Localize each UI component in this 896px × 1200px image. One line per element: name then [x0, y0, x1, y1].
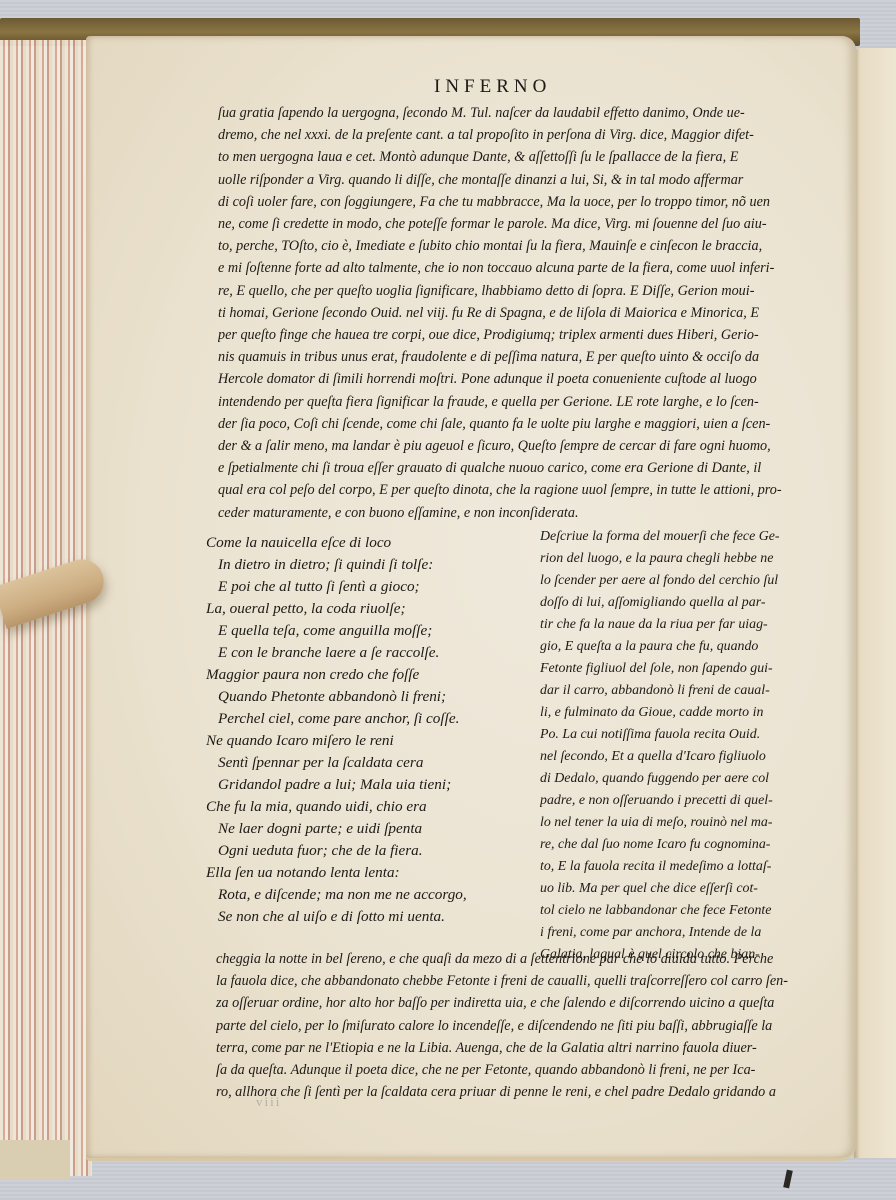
- running-head: INFERNO: [434, 76, 551, 98]
- text-line: la fauola dice, che abbandonato chebbe F…: [216, 970, 846, 992]
- text-line: terra, come par ne l'Etiopia e ne la Lib…: [216, 1037, 846, 1059]
- text-line: qual era col peſo del corpo, E per queſt…: [218, 479, 842, 501]
- signature-mark: viii: [256, 1094, 281, 1110]
- book-page: INFERNO ſua gratia ſapendo la uergogna, …: [86, 36, 856, 1161]
- page-content: INFERNO ſua gratia ſapendo la uergogna, …: [86, 36, 856, 1158]
- gloss-line: dar il carro, abbandonò li freni de caua…: [540, 680, 852, 702]
- commentary-bottom: cheggia la notte in bel ſereno, e che qu…: [216, 948, 846, 1103]
- text-line: re, E quello, che per queſto uoglia ſign…: [218, 280, 842, 302]
- verse-line: Sentì ſpennar per la ſcaldata cera: [206, 752, 536, 774]
- text-line: Hercole domator di ſimili horrendi moſtr…: [218, 368, 842, 390]
- gloss-line: Deſcriue la forma del mouerſi che fece G…: [540, 526, 852, 548]
- text-line: to men uergogna laua e cet. Montò adunqu…: [218, 146, 842, 168]
- verse-line: Gridandol padre a lui; Mala uia tieni;: [206, 774, 536, 796]
- verse-line: Perchel ciel, come pare anchor, ſi coſſe…: [206, 708, 536, 730]
- text-line: uolle riſponder a Virg. quando li diſſe,…: [218, 169, 842, 191]
- verse-line: Rota, e diſcende; ma non me ne accorgo,: [206, 884, 536, 906]
- verse-line: Maggior paura non credo che foſſe: [206, 664, 536, 686]
- text-line: za oſſeruar ordine, hor alto hor baſſo p…: [216, 992, 846, 1014]
- text-line: ro, allhora che ſi ſentì per la ſcaldata…: [216, 1081, 846, 1103]
- text-line: e ſpetialmente chi ſi troua eſſer grauat…: [218, 457, 842, 479]
- facing-page-edge: [854, 48, 896, 1158]
- text-line: ſa da queſta. Adunque il poeta dice, che…: [216, 1059, 846, 1081]
- gloss-line: Fetonte figliuol del ſole, non ſapendo g…: [540, 658, 852, 680]
- gloss-line: to, E la fauola recita il medeſimo a lot…: [540, 856, 852, 878]
- verse-line: Come la nauicella eſce di loco: [206, 532, 536, 554]
- text-line: ceder maturamente, e con buono eſſamine,…: [218, 502, 842, 524]
- text-line: to, perche, TOſto, cio è, Imediate e ſub…: [218, 235, 842, 257]
- gloss-line: Po. La cui notiſſima fauola recita Ouid.: [540, 724, 852, 746]
- gloss-line: nel ſecondo, Et a quella d'Icaro figliuo…: [540, 746, 852, 768]
- verse-line: E poi che al tutto ſi ſentì a gioco;: [206, 576, 536, 598]
- text-line: ti homai, Gerione ſecondo Ouid. nel viij…: [218, 302, 842, 324]
- text-line: intendendo per queſta fiera ſignificar l…: [218, 391, 842, 413]
- book-lower-edge: [0, 1140, 70, 1180]
- verse-line: Ne quando Icaro miſero le reni: [206, 730, 536, 752]
- text-line: cheggia la notte in bel ſereno, e che qu…: [216, 948, 846, 970]
- verse-line: Che fu la mia, quando uidi, chio era: [206, 796, 536, 818]
- text-line: nis quamuis in tribus unus erat, fraudol…: [218, 346, 842, 368]
- verse-line: Ogni ueduta fuor; che de la fiera.: [206, 840, 536, 862]
- text-line: ne, come ſi credette in modo, che poteſſ…: [218, 213, 842, 235]
- gloss-line: lo ſcender per aere al fondo del cerchio…: [540, 570, 852, 592]
- verse-line: E quella teſa, come anguilla moſſe;: [206, 620, 536, 642]
- text-line: di coſi uoler fare, con ſoggiungere, Fa …: [218, 191, 842, 213]
- text-line: parte del cielo, per lo ſmiſurato calore…: [216, 1015, 846, 1037]
- gloss-line: uo lib. Ma per quel che dice eſſerſi cot…: [540, 878, 852, 900]
- gloss-line: li, e fulminato da Gioue, cadde morto in: [540, 702, 852, 724]
- gloss-column: Deſcriue la forma del mouerſi che fece G…: [540, 526, 852, 966]
- gloss-line: padre, e non oſſeruando i precetti di qu…: [540, 790, 852, 812]
- text-line: der & a ſalir meno, ma landar è piu ageu…: [218, 435, 842, 457]
- verse-line: In dietro in dietro; ſi quindi ſi tolſe:: [206, 554, 536, 576]
- gloss-line: rion del luogo, e la paura chegli hebbe …: [540, 548, 852, 570]
- verse-line: Se non che al uiſo e di ſotto mi uenta.: [206, 906, 536, 928]
- gloss-line: re, che dal ſuo nome Icaro fu cognomina-: [540, 834, 852, 856]
- gloss-line: tol cielo ne labbandonar che fece Fetont…: [540, 900, 852, 922]
- gloss-line: lo nel tener la uia di meſo, rouinò nel …: [540, 812, 852, 834]
- text-line: e mi ſoſtenne forte ad alto talmente, ch…: [218, 257, 842, 279]
- text-line: der ſia poco, Coſi chi ſcende, come chi …: [218, 413, 842, 435]
- verse-column: Come la nauicella eſce di loco In dietro…: [206, 532, 536, 928]
- verse-line: Ne laer dogni parte; e uidi ſpenta: [206, 818, 536, 840]
- gloss-line: di Dedalo, quando fuggendo per aere col: [540, 768, 852, 790]
- text-line: per queſto finge che hauea tre corpi, ou…: [218, 324, 842, 346]
- gloss-line: i freni, come par anchora, Intende de la: [540, 922, 852, 944]
- verse-line: Quando Phetonte abbandonò li freni;: [206, 686, 536, 708]
- gloss-line: gio, E queſta a la paura che fu, quando: [540, 636, 852, 658]
- verse-line: La, oueral petto, la coda riuolſe;: [206, 598, 536, 620]
- gloss-line: tir che fa la naue da la riua per far ui…: [540, 614, 852, 636]
- text-line: dremo, che nel xxxi. de la preſente cant…: [218, 124, 842, 146]
- commentary-top: ſua gratia ſapendo la uergogna, ſecondo …: [218, 102, 842, 524]
- gloss-line: doſſo di lui, aſſomigliando quella al pa…: [540, 592, 852, 614]
- verse-line: E con le branche laere a ſe raccolſe.: [206, 642, 536, 664]
- verse-line: Ella ſen ua notando lenta lenta:: [206, 862, 536, 884]
- text-line: ſua gratia ſapendo la uergogna, ſecondo …: [218, 102, 842, 124]
